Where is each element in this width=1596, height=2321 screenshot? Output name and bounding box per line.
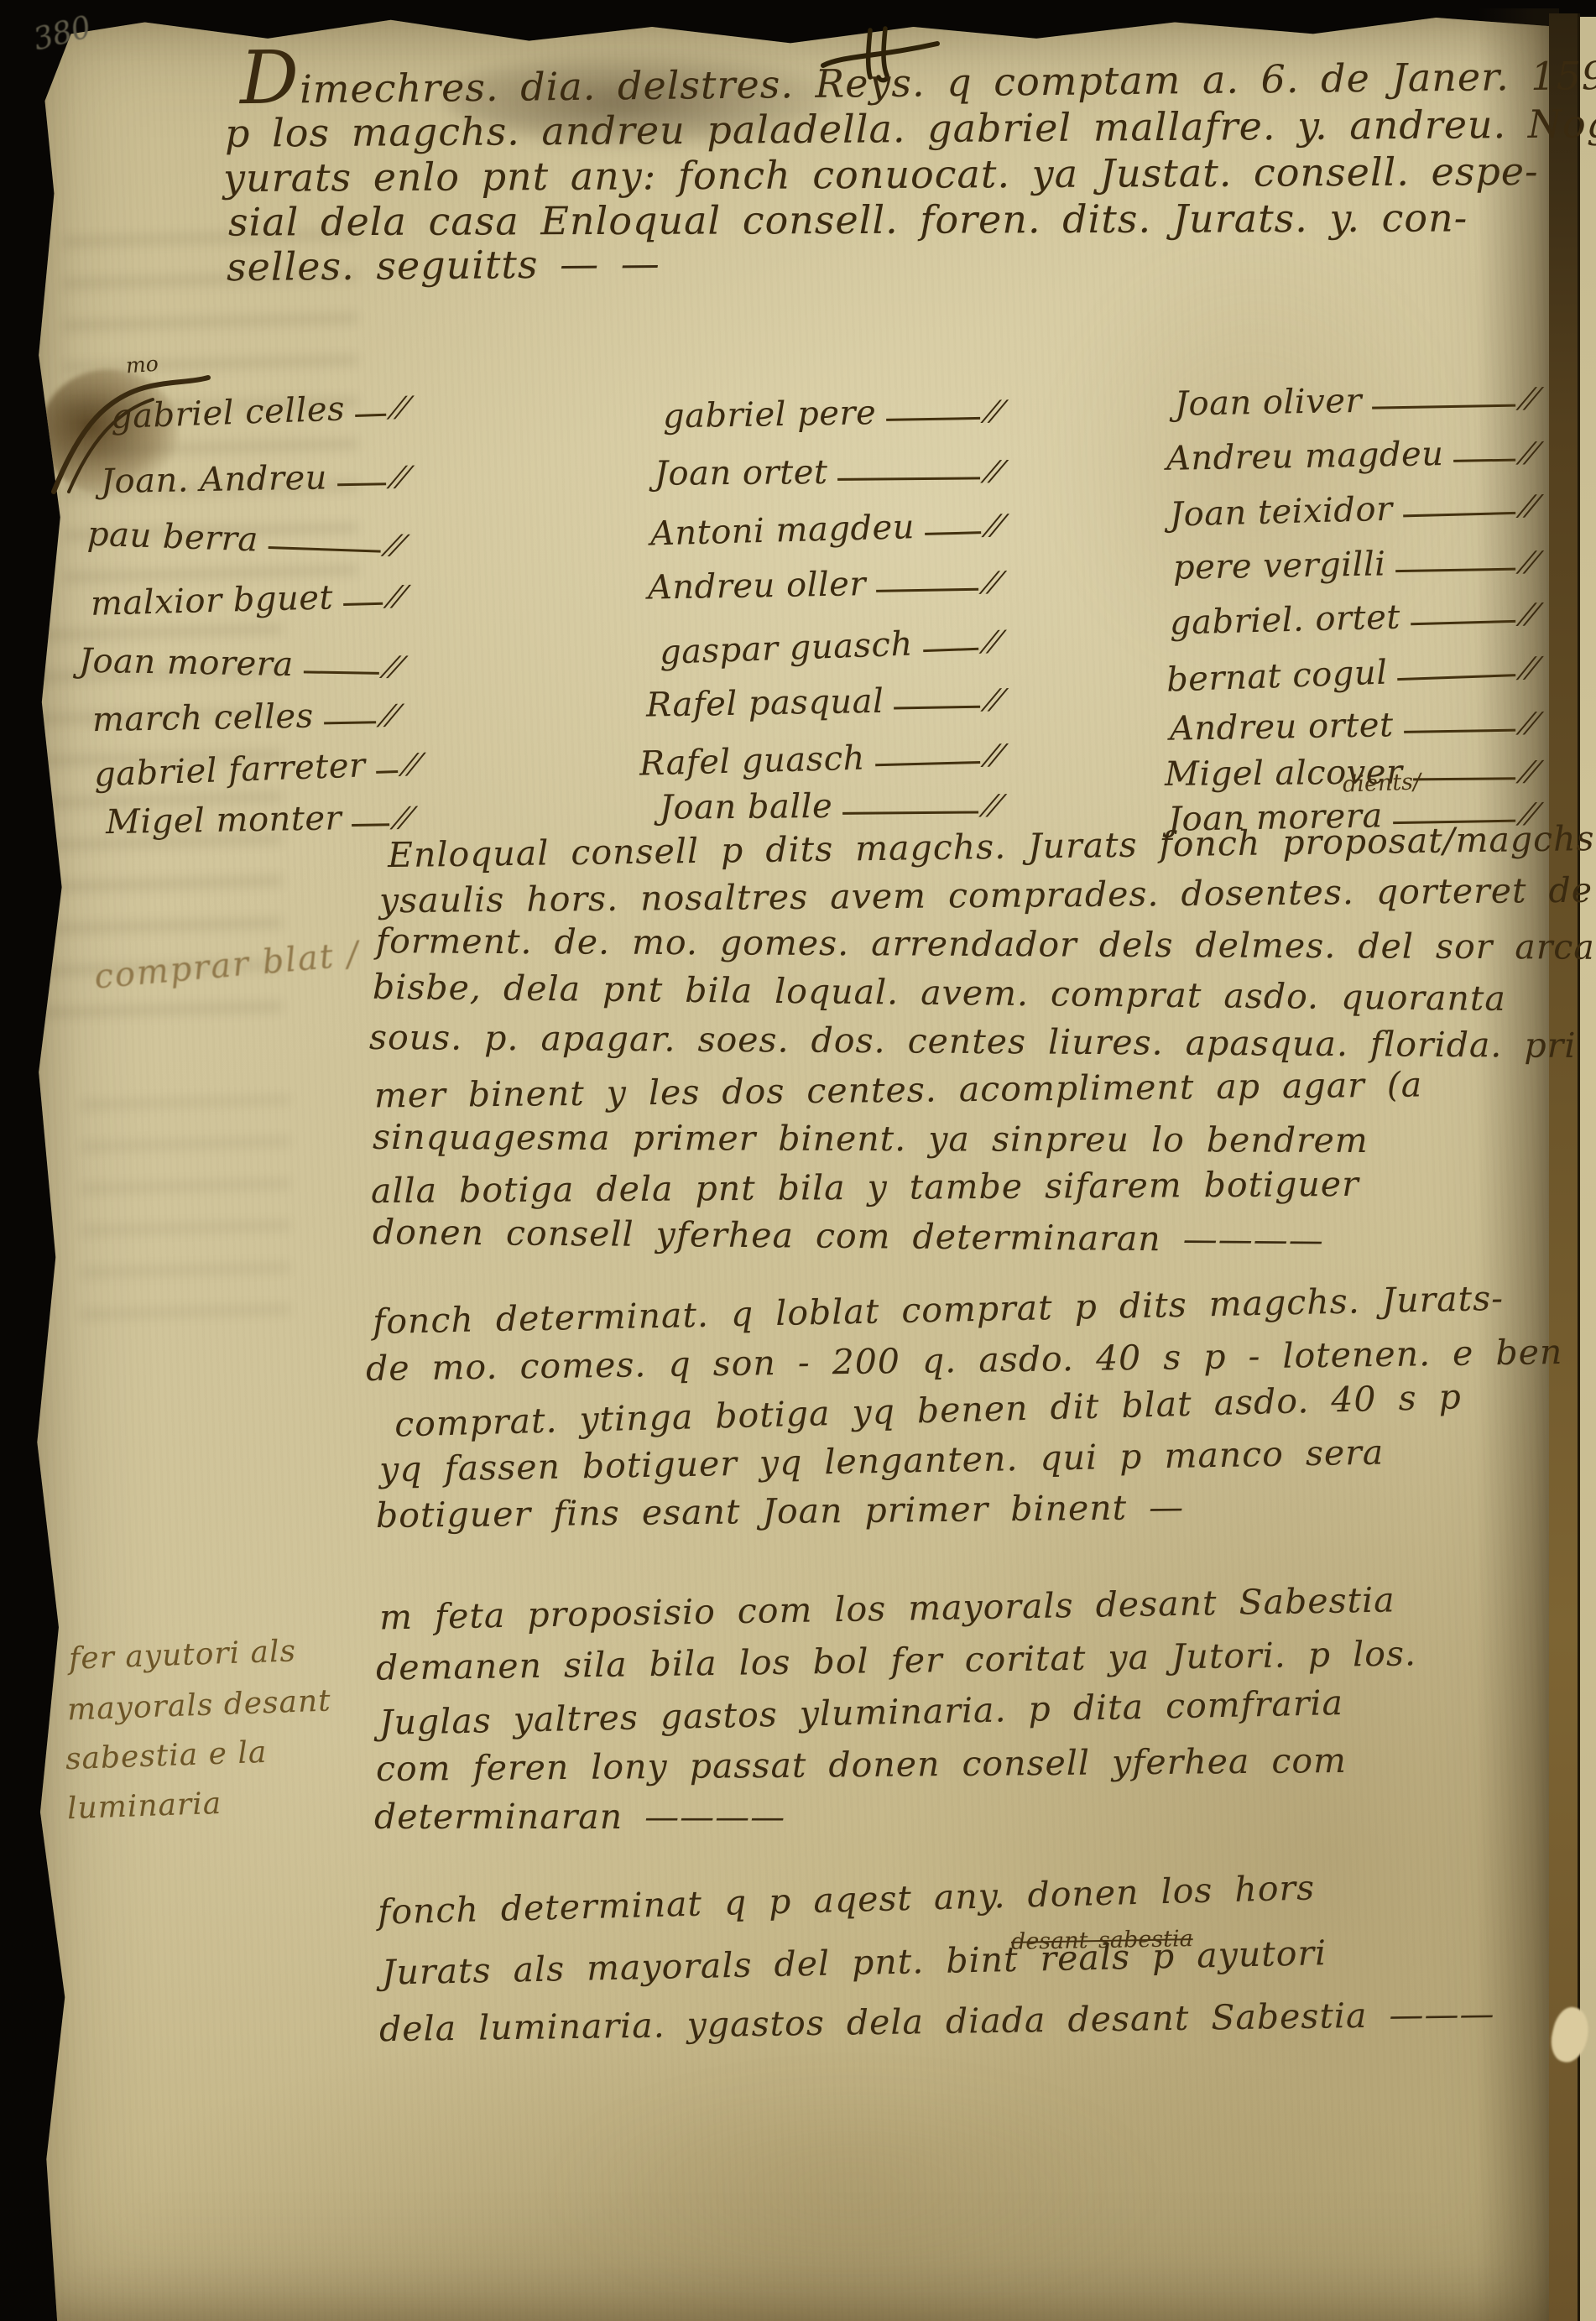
attendee-name: Joan. Andreu bbox=[101, 458, 328, 501]
body-line: determinaran ———— bbox=[374, 1797, 785, 1837]
tally-rule bbox=[925, 531, 981, 535]
attendee-name: gabriel pere bbox=[663, 394, 877, 436]
tally-rule bbox=[304, 670, 379, 675]
attendee-name: Joan oliver bbox=[1175, 382, 1363, 424]
attendee-name: malxior bguet bbox=[90, 578, 333, 623]
body-line: botiguer fins esant Joan primer binent — bbox=[376, 1487, 1185, 1536]
attendee-name: Migel monter bbox=[106, 799, 342, 842]
attendee-row: Joan morera// bbox=[79, 642, 400, 686]
attendee-row: Joan oliver// bbox=[1175, 378, 1536, 423]
attendee-name: march celles bbox=[92, 697, 314, 740]
attendee-row: Migel monter// bbox=[106, 798, 410, 842]
tally-rule bbox=[337, 482, 386, 486]
attendee-name: Andreu oller bbox=[648, 565, 867, 608]
tally-rule bbox=[1413, 777, 1515, 780]
tally-rule bbox=[1372, 404, 1515, 409]
attendee-name: gabriel. ortet bbox=[1169, 598, 1400, 643]
body-line: sous. p. apagar. soes. dos. centes liure… bbox=[369, 1017, 1577, 1066]
foot-stain bbox=[559, 2081, 1146, 2299]
attendee-name: pau berra bbox=[86, 514, 258, 559]
attendee-name: Joan morera bbox=[79, 642, 294, 684]
tally-rule bbox=[838, 477, 980, 480]
header-line: p los magchs. andreu paladella. gabriel … bbox=[225, 101, 1596, 156]
body-line: donen consell yferhea com determinaran —… bbox=[373, 1212, 1324, 1260]
header-line: sial dela casa Enloqual consell. foren. … bbox=[228, 195, 1468, 244]
attendee-row: march celles// bbox=[92, 696, 397, 739]
tally-rule bbox=[324, 721, 376, 724]
attendee-name: Rafel guasch bbox=[639, 739, 865, 784]
tally-rule bbox=[875, 761, 980, 766]
header-line: selles. seguitts — — bbox=[227, 241, 660, 290]
attendee-name: Andreu magdeu bbox=[1166, 435, 1444, 478]
attendee-name: pere vergilli bbox=[1173, 545, 1386, 587]
tally-rule bbox=[1404, 729, 1515, 733]
gutter-shadow bbox=[1477, 8, 1559, 2321]
margin-note-ayutori: luminaria bbox=[66, 1786, 222, 1826]
attendee-name: Joan ortet bbox=[655, 453, 828, 493]
next-folio-edge bbox=[1578, 17, 1596, 2321]
attendee-name: bernat cogul bbox=[1166, 653, 1388, 699]
attendee-row: pere vergilli// bbox=[1173, 542, 1536, 587]
tally-rule bbox=[923, 648, 978, 652]
body-line: sinquagesma primer binent. ya sinpreu lo… bbox=[373, 1117, 1369, 1160]
attendee-name: Rafel pasqual bbox=[646, 682, 884, 725]
tally-rule bbox=[894, 706, 979, 710]
attendee-name: Joan balle bbox=[660, 787, 833, 827]
attendee-name: Antoni magdeu bbox=[649, 508, 915, 553]
interlinear-note: dients/ bbox=[1342, 769, 1421, 797]
attendee-name: Joan teixidor bbox=[1169, 490, 1393, 535]
tally-rule bbox=[355, 414, 386, 417]
attendee-row: Andreu magdeu// bbox=[1166, 433, 1536, 478]
attendee-row: malxior bguet// bbox=[90, 576, 403, 623]
binding-strip bbox=[1549, 13, 1580, 2321]
attendee-name: gabriel celles bbox=[110, 389, 345, 436]
attendee-row: Joan balle// bbox=[660, 785, 999, 827]
attendee-row: Rafel pasqual// bbox=[646, 680, 1001, 724]
body-line: alla botiga dela pnt bila y tambe sifare… bbox=[371, 1164, 1359, 1211]
tally-rule bbox=[343, 602, 383, 606]
tally-rule bbox=[352, 823, 389, 827]
attendee-name: Andreu ortet bbox=[1170, 706, 1394, 748]
tally-rule bbox=[268, 546, 380, 553]
attendee-row: Joan ortet// bbox=[655, 451, 1000, 493]
tally-rule bbox=[1398, 674, 1515, 681]
tally-rule bbox=[1403, 512, 1515, 518]
verso-show-through bbox=[81, 1063, 290, 1321]
tally-rule bbox=[1454, 459, 1515, 462]
tally-rule bbox=[876, 588, 978, 592]
attendee-row: Andreu oller// bbox=[648, 562, 999, 607]
tally-rule bbox=[842, 811, 978, 814]
header-line: yurats enlo pnt any: fonch conuocat. ya … bbox=[223, 149, 1539, 201]
primo-superscript: mo bbox=[125, 352, 159, 378]
tally-rule bbox=[886, 417, 980, 421]
margin-note-ayutori: sabestia e la bbox=[65, 1735, 268, 1776]
tally-rule bbox=[1411, 620, 1515, 625]
manuscript-photo: 380 Dimechres. dia. delstres. Reys. q co… bbox=[0, 0, 1596, 2321]
body-line: forment. de. mo. gomes. arrendador dels … bbox=[376, 921, 1595, 968]
attendee-row: Andreu ortet// bbox=[1170, 703, 1536, 748]
tally-rule bbox=[376, 770, 398, 774]
attendee-row: Joan. Andreu// bbox=[101, 457, 407, 501]
body-line: com feren lony passat donen consell yfer… bbox=[376, 1740, 1347, 1789]
tally-rule bbox=[1396, 568, 1515, 572]
attendee-row: gabriel pere// bbox=[663, 391, 1001, 436]
